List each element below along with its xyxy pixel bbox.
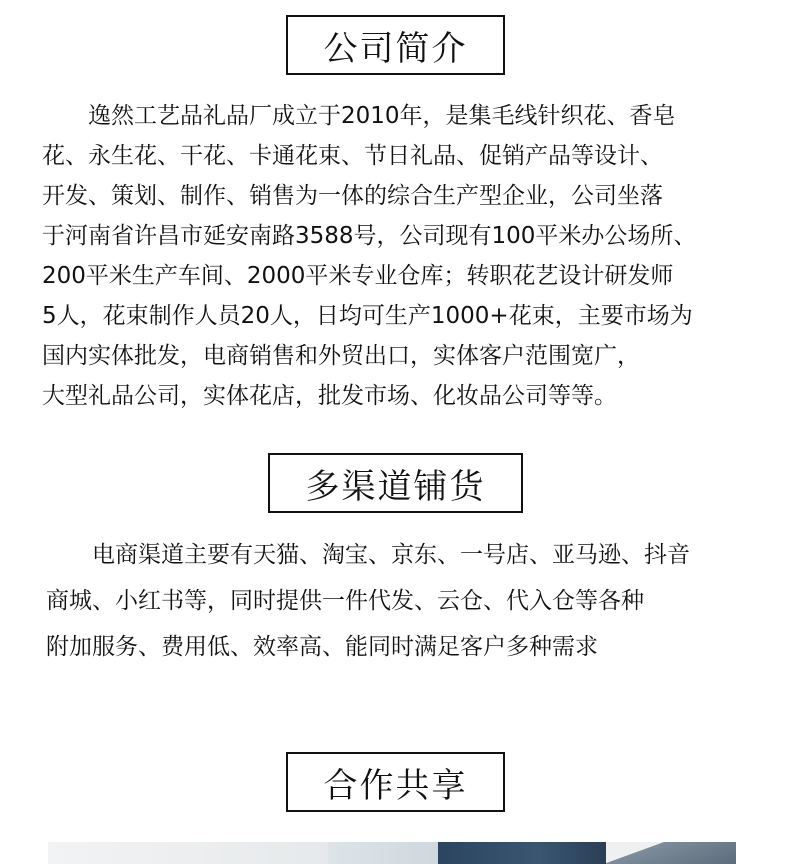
paragraph-line: 大型礼品公司，实体花店，批发市场、化妆品公司等等。 (42, 376, 696, 416)
section-title-text: 合作共享 (324, 758, 468, 807)
photo-segment (438, 842, 606, 864)
paragraph-line: 电商渠道主要有天猫、淘宝、京东、一号店、亚马逊、抖音 (46, 535, 690, 575)
section-title-text: 公司简介 (324, 21, 468, 70)
paragraph-line: 花、永生花、干花、卡通花束、节日礼品、促销产品等设计、 (42, 136, 696, 176)
paragraph-line: 5人，花束制作人员20人，日均可生产1000+花束，主要市场为 (42, 296, 696, 336)
section-title-company-intro: 公司简介 (286, 15, 505, 75)
paragraph-line: 附加服务、费用低、效率高、能同时满足客户多种需求 (46, 627, 690, 667)
paragraph-line: 商城、小红书等，同时提供一件代发、云仓、代入仓等各种 (46, 581, 690, 621)
section-title-multichannel: 多渠道铺货 (268, 453, 523, 513)
photo-segment (328, 842, 438, 864)
section-title-cooperation: 合作共享 (286, 752, 505, 812)
company-intro-paragraph: 逸然工艺品礼品厂成立于2010年，是集毛线针织花、香皂 花、永生花、干花、卡通花… (42, 96, 696, 416)
photo-segment (606, 842, 736, 864)
photo-segment (48, 842, 328, 864)
paragraph-line: 逸然工艺品礼品厂成立于2010年，是集毛线针织花、香皂 (42, 96, 696, 136)
section-title-text: 多渠道铺货 (306, 459, 486, 508)
paragraph-line: 200平米生产车间、2000平米专业仓库；转职花艺设计研发师 (42, 256, 696, 296)
multichannel-paragraph: 电商渠道主要有天猫、淘宝、京东、一号店、亚马逊、抖音 商城、小红书等，同时提供一… (46, 535, 690, 667)
paragraph-line: 于河南省许昌市延安南路3588号，公司现有100平米办公场所、 (42, 216, 696, 256)
paragraph-line: 开发、策划、制作、销售为一体的综合生产型企业，公司坐落 (42, 176, 696, 216)
paragraph-line: 国内实体批发，电商销售和外贸出口，实体客户范围宽广， (42, 336, 696, 376)
cooperation-photo (48, 842, 736, 864)
